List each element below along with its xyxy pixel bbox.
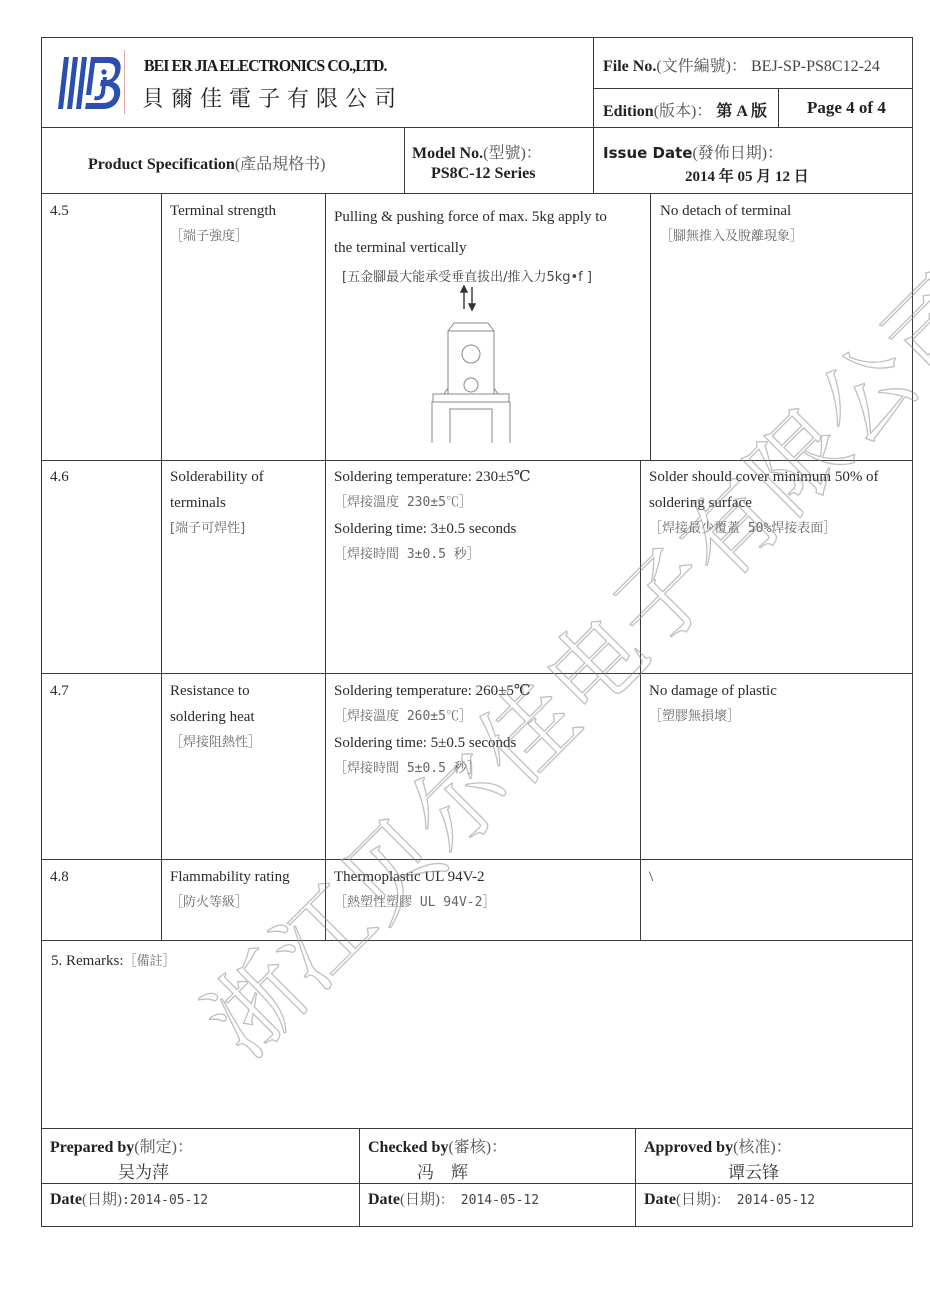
checked-by: Checked by(審核)： — [368, 1134, 507, 1157]
product-specification-title: Product Specification(產品規格书) — [88, 151, 325, 174]
remarks-label: 5. Remarks:［備註］ — [51, 949, 176, 975]
row-4-5-condition: Pulling & pushing force of max. 5kg appl… — [334, 202, 607, 292]
prepared-date: Date(日期):2014-05-12 — [50, 1188, 208, 1209]
row-4-8-condition: Thermoplastic UL 94V-2 ［熱塑性塑膠 UL 94V-2］ — [334, 864, 495, 916]
page-number: Page 4 of 4 — [807, 98, 886, 118]
file-no-value: BEJ-SP-PS8C12-24 — [751, 58, 880, 75]
checked-date: Date(日期)： 2014-05-12 — [368, 1188, 539, 1209]
spec-document: BEI ER JIA ELECTRONICS CO.,LTD. 貝爾佳電子有限公… — [41, 37, 913, 1227]
company-name-cn: 貝爾佳電子有限公司 — [142, 82, 403, 113]
row-4-7-condition: Soldering temperature: 260±5℃ ［焊接溫度 260±… — [334, 678, 531, 782]
row-4-7-number: 4.7 — [50, 678, 69, 704]
model-value: PS8C-12 Series — [431, 165, 535, 183]
row-4-7-item: Resistance to soldering heat ［焊接阻熱性］ — [170, 678, 261, 756]
issue-date-value: 2014 年 05 月 12 日 — [685, 165, 809, 186]
company-name-en: BEI ER JIA ELECTRONICS CO.,LTD. — [144, 56, 387, 76]
row-4-8-item: Flammability rating ［防火等級］ — [170, 864, 290, 916]
row-4-6-condition: Soldering temperature: 230±5℃ ［焊接溫度 230±… — [334, 464, 531, 568]
logo-divider — [124, 50, 125, 114]
prepared-by: Prepared by(制定)： — [50, 1134, 193, 1157]
bj-logo-icon — [58, 55, 124, 111]
row-4-6-requirement: Solder should cover minimum 50% of solde… — [649, 464, 879, 542]
row-4-8-number: 4.8 — [50, 864, 69, 890]
row-4-5-number: 4.5 — [50, 198, 69, 224]
edition: Edition(版本)： 第 A 版 — [603, 98, 767, 121]
model-no: Model No.(型號)： — [412, 140, 542, 163]
terminal-push-pull-diagram-icon — [430, 285, 530, 445]
approved-date: Date(日期)： 2014-05-12 — [644, 1188, 815, 1209]
row-4-5-item: Terminal strength ［端子強度］ — [170, 198, 276, 250]
approved-by-name: 谭云锋 — [728, 1158, 779, 1183]
row-4-6-item: Solderability of terminals [端子可焊性] — [170, 464, 264, 542]
row-4-5-requirement: No detach of terminal ［腳無推入及脫離現象］ — [660, 198, 803, 250]
approved-by: Approved by(核准)： — [644, 1134, 792, 1157]
prepared-by-name: 吴为萍 — [118, 1158, 169, 1183]
checked-by-name: 冯 辉 — [417, 1158, 468, 1183]
file-no: File No.(文件編號)： BEJ-SP-PS8C12-24 — [603, 53, 880, 76]
issue-date: Issue Date(發佈日期)： — [603, 140, 783, 163]
edition-value: 第 A 版 — [716, 103, 767, 120]
row-4-8-requirement: \ — [649, 864, 653, 890]
row-4-6-number: 4.6 — [50, 464, 69, 490]
row-4-7-requirement: No damage of plastic ［塑膠無損壞］ — [649, 678, 777, 730]
